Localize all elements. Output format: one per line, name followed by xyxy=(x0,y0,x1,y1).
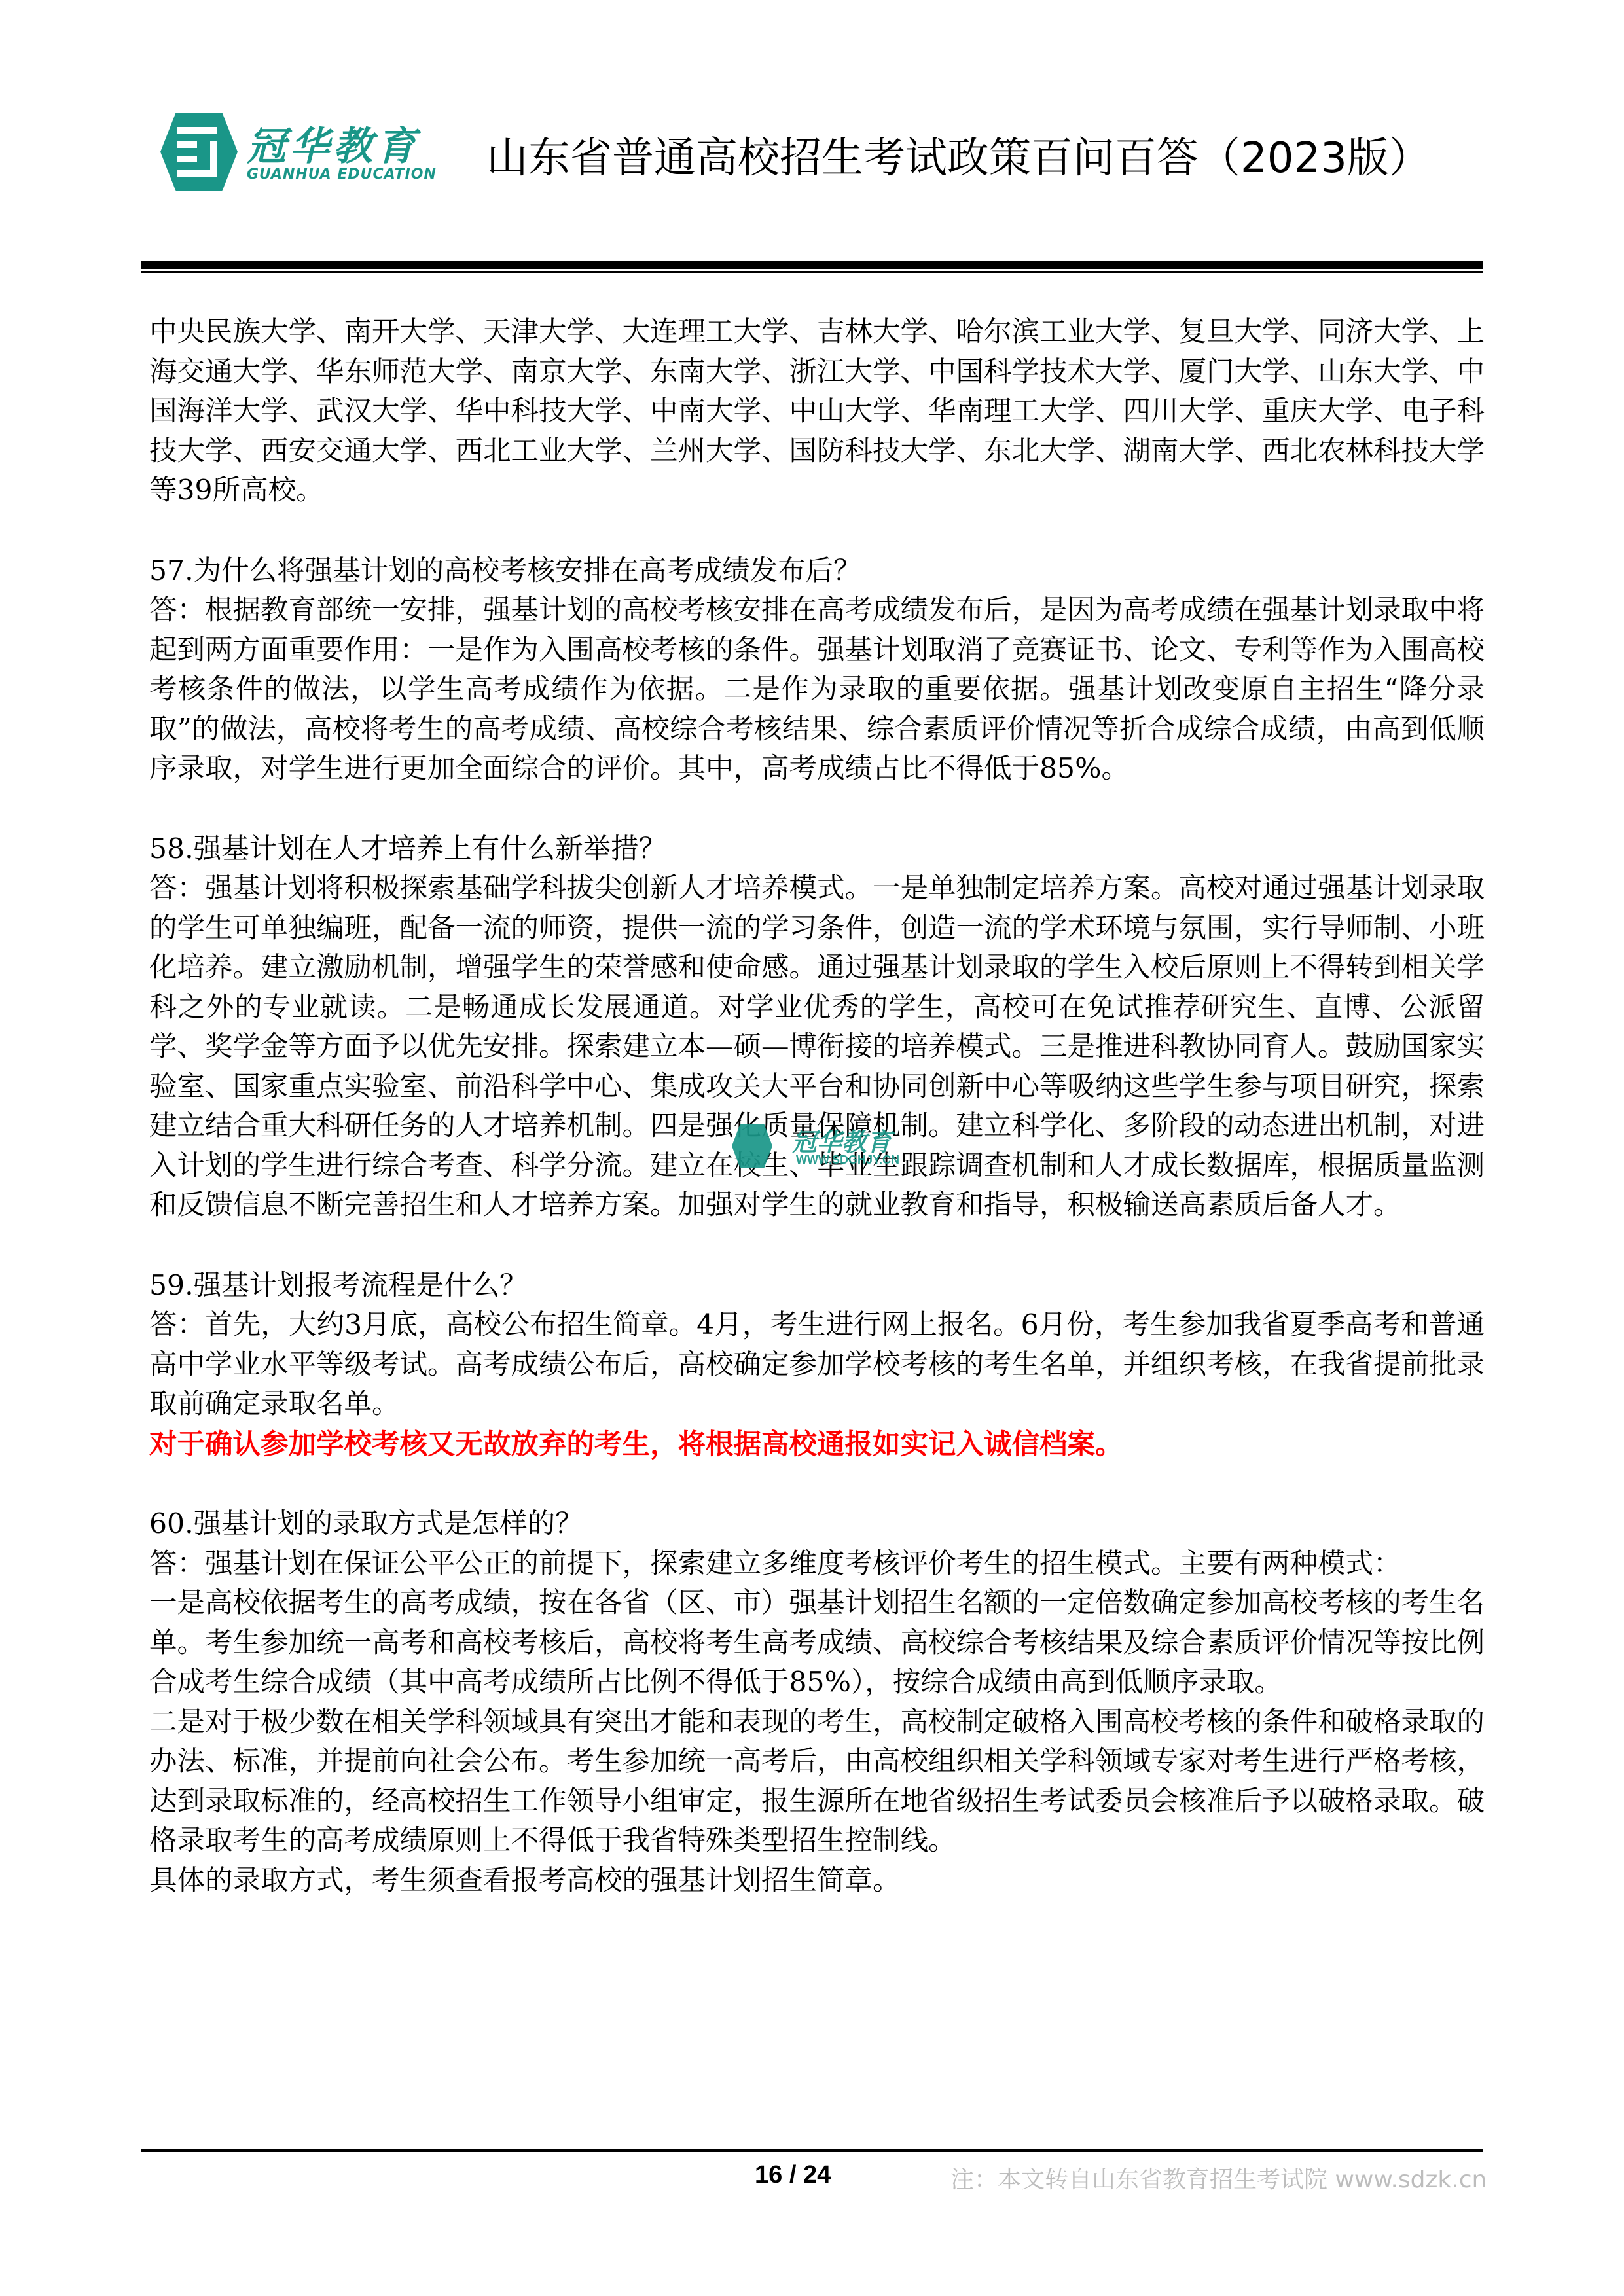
header-rule-thin xyxy=(141,271,1483,273)
qa-item-60: 60.强基计划的录取方式是怎样的？ 答：强基计划在保证公平公正的前提下，探索建立… xyxy=(149,1505,1485,1901)
university-list-paragraph: 中央民族大学、南开大学、天津大学、大连理工大学、吉林大学、哈尔滨工业大学、复旦大… xyxy=(149,313,1485,511)
qa-item-59: 59.强基计划报考流程是什么？ 答：首先，大约3月底，高校公布招生简章。4月，考… xyxy=(149,1266,1485,1465)
guanhua-logo: 冠华教育 GUANHUA EDUCATION xyxy=(160,113,448,191)
integrity-warning-highlight: 对于确认参加学校考核又无故放弃的考生，将根据高校通报如实记入诚信档案。 xyxy=(149,1425,1485,1465)
watermark-url: WWW.SDGHJY.CN xyxy=(796,1153,899,1167)
question-heading: 58.强基计划在人才培养上有什么新举措？ xyxy=(149,830,1485,870)
answer-paragraph: 答：根据教育部统一安排，强基计划的高校考核安排在高考成绩发布后，是因为高考成绩在… xyxy=(149,591,1485,789)
document-body: 中央民族大学、南开大学、天津大学、大连理工大学、吉林大学、哈尔滨工业大学、复旦大… xyxy=(149,313,1485,1901)
answer-paragraph: 答：首先，大约3月底，高校公布招生简章。4月，考生进行网上报名。6月份，考生参加… xyxy=(149,1306,1485,1425)
footer-rule xyxy=(141,2149,1483,2152)
answer-paragraph: 答：强基计划将积极探索基础学科拔尖创新人才培养模式。一是单独制定培养方案。高校对… xyxy=(149,869,1485,1226)
logo-english-name: GUANHUA EDUCATION xyxy=(247,166,437,183)
page-header: 冠华教育 GUANHUA EDUCATION 山东省普通高校招生考试政策百问百答… xyxy=(141,105,1483,196)
answer-paragraph: 答：强基计划在保证公平公正的前提下，探索建立多维度考核评价考生的招生模式。主要有… xyxy=(149,1545,1485,1585)
header-rule-thick xyxy=(141,261,1483,269)
answer-paragraph: 一是高校依据考生的高考成绩，按在各省（区、市）强基计划招生名额的一定倍数确定参加… xyxy=(149,1584,1485,1703)
answer-paragraph: 具体的录取方式，考生须查看报考高校的强基计划招生简章。 xyxy=(149,1861,1485,1901)
logo-hexagon-icon xyxy=(160,113,238,191)
watermark-text: 冠华教育 xyxy=(792,1122,892,1158)
question-heading: 60.强基计划的录取方式是怎样的？ xyxy=(149,1505,1485,1545)
watermark-logo: 冠华教育 WWW.SDGHJY.CN xyxy=(732,1124,902,1170)
source-note: 注：本文转自山东省教育招生考试院 www.sdzk.cn xyxy=(950,2161,1487,2195)
question-heading: 57.为什么将强基计划的高校考核安排在高考成绩发布后？ xyxy=(149,552,1485,592)
document-title: 山东省普通高校招生考试政策百问百答（2023版） xyxy=(486,124,1431,185)
logo-chinese-name: 冠华教育 xyxy=(247,115,420,171)
answer-paragraph: 二是对于极少数在相关学科领域具有突出才能和表现的考生，高校制定破格入围高校考核的… xyxy=(149,1703,1485,1861)
page-number: 16 / 24 xyxy=(755,2161,831,2189)
question-heading: 59.强基计划报考流程是什么？ xyxy=(149,1266,1485,1306)
watermark-hexagon-icon xyxy=(732,1124,772,1168)
qa-item-57: 57.为什么将强基计划的高校考核安排在高考成绩发布后？ 答：根据教育部统一安排，… xyxy=(149,552,1485,789)
